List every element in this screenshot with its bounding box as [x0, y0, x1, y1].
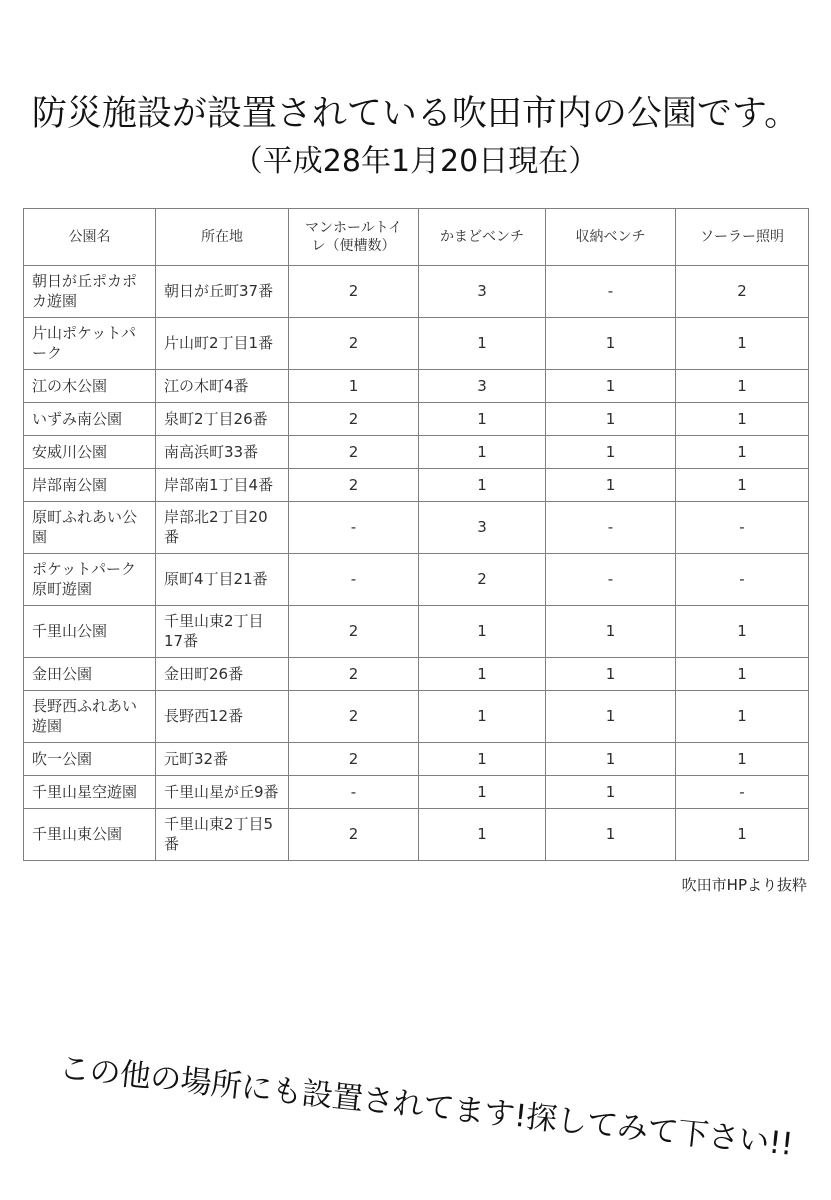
- cell-kamado: 1: [419, 606, 546, 658]
- source-attribution: 吹田市HPより抜粋: [0, 874, 831, 895]
- table-row: 片山ポケットパーク片山町2丁目1番2111: [24, 318, 809, 370]
- cell-address: 岸部南1丁目4番: [156, 469, 289, 502]
- cell-storage: 1: [546, 776, 676, 809]
- cell-name: 千里山東公園: [24, 809, 156, 861]
- table-header-row: 公園名 所在地 マンホールトイレ（便槽数） かまどベンチ 収納ベンチ ソーラー照…: [24, 209, 809, 266]
- handwritten-callout: この他の場所にも設置されてます!探してみて下さい!!: [57, 1042, 818, 1166]
- cell-kamado: 1: [419, 776, 546, 809]
- cell-address: 長野西12番: [156, 691, 289, 743]
- cell-manhole: 1: [289, 370, 419, 403]
- table-row: 長野西ふれあい遊園長野西12番2111: [24, 691, 809, 743]
- poster-page: 防災施設が設置されている吹田市内の公園です。 （平成28年1月20日現在） 公園…: [0, 0, 831, 1200]
- cell-name: 安威川公園: [24, 436, 156, 469]
- table-header: 公園名 所在地 マンホールトイレ（便槽数） かまどベンチ 収納ベンチ ソーラー照…: [24, 209, 809, 266]
- header-kamado-bench: かまどベンチ: [419, 209, 546, 266]
- cell-solar: 2: [676, 266, 809, 318]
- table-row: いずみ南公園泉町2丁目26番2111: [24, 403, 809, 436]
- cell-storage: 1: [546, 318, 676, 370]
- cell-name: 千里山星空遊園: [24, 776, 156, 809]
- cell-name: 江の木公園: [24, 370, 156, 403]
- cell-name: 片山ポケットパーク: [24, 318, 156, 370]
- cell-solar: 1: [676, 370, 809, 403]
- cell-solar: 1: [676, 436, 809, 469]
- table-row: 千里山公園千里山東2丁目17番2111: [24, 606, 809, 658]
- cell-manhole: 2: [289, 403, 419, 436]
- cell-manhole: 2: [289, 266, 419, 318]
- cell-address: 元町32番: [156, 743, 289, 776]
- table-row: 安威川公園南高浜町33番2111: [24, 436, 809, 469]
- cell-storage: 1: [546, 469, 676, 502]
- cell-storage: 1: [546, 743, 676, 776]
- table-row: 千里山星空遊園千里山星が丘9番-11-: [24, 776, 809, 809]
- cell-manhole: -: [289, 502, 419, 554]
- cell-storage: -: [546, 266, 676, 318]
- cell-solar: 1: [676, 403, 809, 436]
- cell-kamado: 2: [419, 554, 546, 606]
- cell-address: 千里山星が丘9番: [156, 776, 289, 809]
- cell-name: 吹一公園: [24, 743, 156, 776]
- cell-address: 岸部北2丁目20番: [156, 502, 289, 554]
- cell-address: 千里山東2丁目17番: [156, 606, 289, 658]
- cell-address: 江の木町4番: [156, 370, 289, 403]
- cell-kamado: 1: [419, 403, 546, 436]
- cell-solar: 1: [676, 318, 809, 370]
- cell-manhole: 2: [289, 658, 419, 691]
- cell-manhole: 2: [289, 606, 419, 658]
- cell-kamado: 1: [419, 318, 546, 370]
- header-manhole-toilet: マンホールトイレ（便槽数）: [289, 209, 419, 266]
- cell-storage: -: [546, 554, 676, 606]
- cell-kamado: 1: [419, 691, 546, 743]
- cell-storage: 1: [546, 606, 676, 658]
- cell-storage: 1: [546, 436, 676, 469]
- page-title: 防災施設が設置されている吹田市内の公園です。: [0, 93, 831, 137]
- header-storage-bench: 収納ベンチ: [546, 209, 676, 266]
- cell-solar: 1: [676, 469, 809, 502]
- cell-manhole: 2: [289, 469, 419, 502]
- table-row: 千里山東公園千里山東2丁目5番2111: [24, 809, 809, 861]
- cell-name: 長野西ふれあい遊園: [24, 691, 156, 743]
- cell-kamado: 1: [419, 743, 546, 776]
- cell-kamado: 1: [419, 658, 546, 691]
- cell-kamado: 1: [419, 436, 546, 469]
- cell-address: 朝日が丘町37番: [156, 266, 289, 318]
- parks-facilities-table: 公園名 所在地 マンホールトイレ（便槽数） かまどベンチ 収納ベンチ ソーラー照…: [23, 208, 809, 861]
- cell-address: 片山町2丁目1番: [156, 318, 289, 370]
- cell-manhole: -: [289, 776, 419, 809]
- cell-name: 岸部南公園: [24, 469, 156, 502]
- cell-kamado: 3: [419, 502, 546, 554]
- cell-solar: -: [676, 554, 809, 606]
- table-body: 朝日が丘ポカポカ遊園朝日が丘町37番23-2片山ポケットパーク片山町2丁目1番2…: [24, 266, 809, 861]
- cell-kamado: 1: [419, 809, 546, 861]
- cell-address: 金田町26番: [156, 658, 289, 691]
- cell-solar: -: [676, 502, 809, 554]
- cell-solar: 1: [676, 658, 809, 691]
- cell-solar: 1: [676, 809, 809, 861]
- cell-storage: 1: [546, 370, 676, 403]
- cell-address: 泉町2丁目26番: [156, 403, 289, 436]
- cell-kamado: 3: [419, 370, 546, 403]
- header-solar-light: ソーラー照明: [676, 209, 809, 266]
- cell-name: 朝日が丘ポカポカ遊園: [24, 266, 156, 318]
- table-row: 原町ふれあい公園岸部北2丁目20番-3--: [24, 502, 809, 554]
- cell-address: 原町4丁目21番: [156, 554, 289, 606]
- cell-kamado: 1: [419, 469, 546, 502]
- table-row: ポケットパーク原町遊園原町4丁目21番-2--: [24, 554, 809, 606]
- cell-solar: -: [676, 776, 809, 809]
- cell-name: 千里山公園: [24, 606, 156, 658]
- cell-solar: 1: [676, 743, 809, 776]
- table-row: 吹一公園元町32番2111: [24, 743, 809, 776]
- cell-address: 千里山東2丁目5番: [156, 809, 289, 861]
- table-row: 金田公園金田町26番2111: [24, 658, 809, 691]
- cell-manhole: 2: [289, 691, 419, 743]
- header-park-name: 公園名: [24, 209, 156, 266]
- cell-storage: -: [546, 502, 676, 554]
- cell-manhole: 2: [289, 809, 419, 861]
- cell-address: 南高浜町33番: [156, 436, 289, 469]
- cell-storage: 1: [546, 809, 676, 861]
- cell-name: 原町ふれあい公園: [24, 502, 156, 554]
- page-subtitle-date: （平成28年1月20日現在）: [0, 143, 831, 181]
- cell-name: ポケットパーク原町遊園: [24, 554, 156, 606]
- cell-storage: 1: [546, 691, 676, 743]
- cell-manhole: 2: [289, 743, 419, 776]
- table-row: 岸部南公園岸部南1丁目4番2111: [24, 469, 809, 502]
- cell-storage: 1: [546, 403, 676, 436]
- cell-manhole: 2: [289, 436, 419, 469]
- cell-manhole: -: [289, 554, 419, 606]
- cell-name: いずみ南公園: [24, 403, 156, 436]
- table-row: 朝日が丘ポカポカ遊園朝日が丘町37番23-2: [24, 266, 809, 318]
- cell-kamado: 3: [419, 266, 546, 318]
- cell-manhole: 2: [289, 318, 419, 370]
- cell-storage: 1: [546, 658, 676, 691]
- cell-solar: 1: [676, 606, 809, 658]
- table-row: 江の木公園江の木町4番1311: [24, 370, 809, 403]
- title-block: 防災施設が設置されている吹田市内の公園です。 （平成28年1月20日現在）: [0, 0, 831, 180]
- header-address: 所在地: [156, 209, 289, 266]
- cell-name: 金田公園: [24, 658, 156, 691]
- cell-solar: 1: [676, 691, 809, 743]
